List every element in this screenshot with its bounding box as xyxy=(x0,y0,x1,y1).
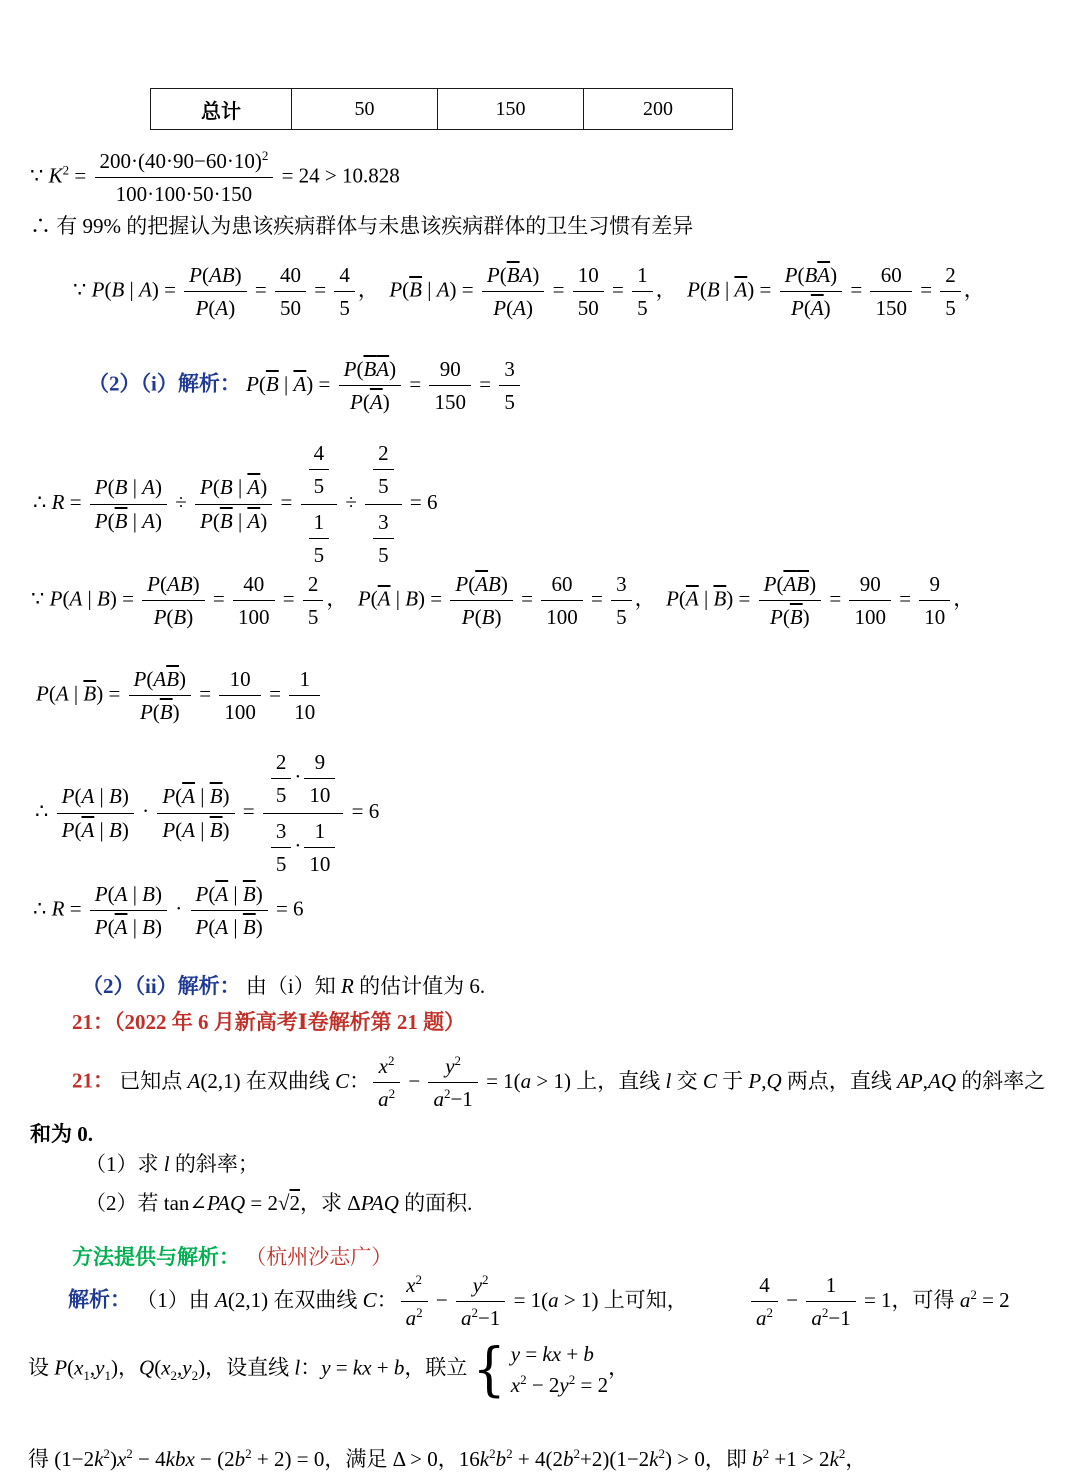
section-2i-label: （2）（i）解析： xyxy=(88,372,241,396)
table-cell-value-1: 50 xyxy=(292,89,438,130)
solution-final-line: 得 (1−2k2)x2 − 4kbx − (2b2 + 2) = 0，满足 Δ … xyxy=(28,1445,866,1473)
question-1: （1）求 l 的斜率； xyxy=(85,1150,259,1178)
table-cell-total-label: 总计 xyxy=(151,89,292,130)
solution-part-a: （1）由 A(2,1) 在双曲线 C：x2a2 − y2a2−1 = 1(a >… xyxy=(136,1288,688,1312)
formula-r-division: ∴ R = P(B | A)P(B | A) ÷ P(B | A)P(B | A… xyxy=(33,437,437,571)
table-cell-value-3: 200 xyxy=(584,89,733,130)
method-provider-line: 方法提供与解析： （杭州沙志广） xyxy=(72,1243,392,1271)
section-2ii-line: （2）（ii）解析： 由（i）知 R 的估计值为 6. xyxy=(82,972,485,1000)
problem-21-body: 已知点 A(2,1) 在双曲线 C：x2a2 − y2a2−1 = 1(a > … xyxy=(119,1069,1045,1093)
solution-setup-line: 设 P(x1,y1)，Q(x2,y2)，设直线 l：y = kx + b，联立 … xyxy=(28,1340,629,1400)
document-page: 总计 50 150 200 ∵ K2 = 200·(40·90−60·10)21… xyxy=(0,0,1080,1481)
solution-line-1: 解析： （1）由 A(2,1) 在双曲线 C：x2a2 − y2a2−1 = 1… xyxy=(68,1270,1010,1334)
problem-21-continuation: 和为 0. xyxy=(30,1120,93,1148)
table-row: 总计 50 150 200 xyxy=(151,89,733,130)
contingency-table-total-row: 总计 50 150 200 xyxy=(150,88,733,130)
table-cell-value-2: 150 xyxy=(438,89,584,130)
conclusion-99-percent: ∴ 有 99% 的把握认为患该疾病群体与未患该疾病群体的卫生习惯有差异 xyxy=(30,212,693,240)
problem-21-heading: 21：（2022 年 6 月新高考Ⅰ卷解析第 21 题） xyxy=(72,1008,465,1036)
formula-r-product: ∴ R = P(A | B)P(A | B) · P(A | B)P(A | B… xyxy=(33,879,304,943)
formula-product-fractions: ∴ P(A | B)P(A | B) · P(A | B)P(A | B) = … xyxy=(35,746,379,880)
section-2ii-label: （2）（ii）解析： xyxy=(82,974,241,998)
section-2i-formula: P(B | A) = P(BA)P(A) = 90150 = 35 xyxy=(246,372,523,396)
formula-p-a-given-bbar: P(A | B) = P(AB)P(B) = 10100 = 110 xyxy=(36,664,323,728)
solution-part-b: 4a2 − 1a2−1 = 1，可得 a2 = 2 xyxy=(748,1288,1010,1312)
problem-21-statement: 21： 已知点 A(2,1) 在双曲线 C：x2a2 − y2a2−1 = 1(… xyxy=(72,1051,1045,1115)
solution-label: 解析： xyxy=(68,1288,131,1312)
section-2ii-text: 由（i）知 R 的估计值为 6. xyxy=(246,974,485,998)
method-provider-label: 方法提供与解析： xyxy=(72,1245,240,1269)
problem-21-number: 21： xyxy=(72,1069,114,1093)
method-provider-author: （杭州沙志广） xyxy=(245,1245,392,1269)
question-2: （2）若 tan∠PAQ = 2√2，求 ΔPAQ 的面积. xyxy=(85,1189,472,1217)
section-2i-line: （2）（i）解析： P(B | A) = P(BA)P(A) = 90150 =… xyxy=(88,354,523,418)
formula-p-b-given-a: ∵ P(B | A) = P(AB)P(A) = 4050 = 45， P(B … xyxy=(73,260,985,324)
formula-k-squared: ∵ K2 = 200·(40·90−60·10)2100·100·50·150 … xyxy=(30,146,400,210)
formula-p-a-given-b: ∵ P(A | B) = P(AB)P(B) = 40100 = 25， P(A… xyxy=(31,569,974,633)
